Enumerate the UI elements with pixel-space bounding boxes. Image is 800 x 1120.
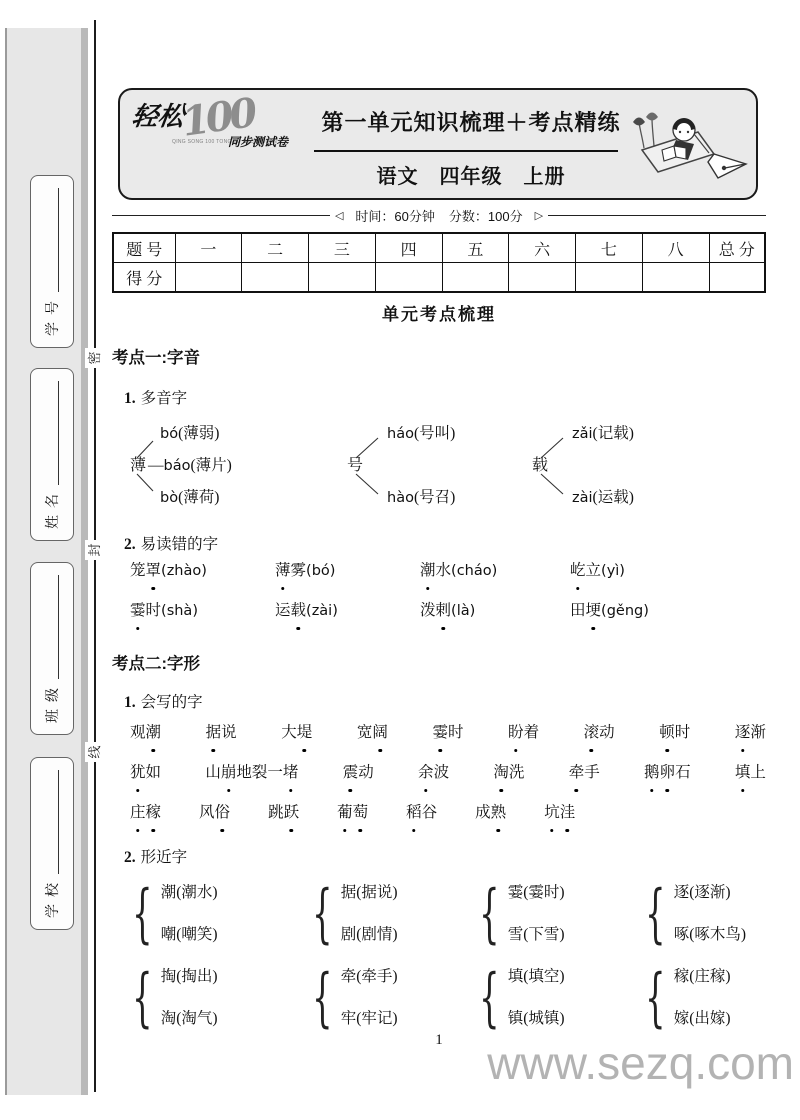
- similar-char-group: {稼(庄稼)嫁(出嫁): [643, 956, 770, 1040]
- school-field: 学校: [30, 757, 74, 930]
- word-item: 葡萄: [337, 800, 368, 840]
- keypoint-1-heading: 考点一:字音: [112, 344, 200, 368]
- score-table-header-cell: 四: [375, 233, 442, 263]
- writable-word-row: 庄稼风俗跳跃葡萄稻谷成熟坑洼: [130, 800, 766, 840]
- similar-char-top: 填(填空): [508, 967, 565, 987]
- similar-char-top: 据(据说): [341, 883, 398, 903]
- pronunciation-row: —báo(薄片): [148, 450, 232, 482]
- score-table-header-cell: 总 分: [709, 233, 765, 263]
- time-score-line: ◁ 时间：60分钟 分数：100分 ▷: [112, 206, 766, 225]
- score-cell-empty: [509, 263, 576, 293]
- branch-lines-icon: [353, 418, 381, 514]
- polyphonic-group-bo: 薄 bó(薄弱) —báo(薄片) bò(薄荷): [130, 418, 232, 514]
- subsection-similar-heading: 2.形近字: [124, 845, 187, 867]
- word-item: 庄稼: [130, 800, 161, 840]
- class-blank-line: [45, 575, 59, 679]
- score-table-header-cell: 五: [442, 233, 509, 263]
- section-title: 单元考点梳理: [112, 300, 766, 325]
- subsection-writable-heading: 1.会写的字: [124, 690, 203, 712]
- score-cell-empty: [242, 263, 309, 293]
- similar-char-bottom: 镇(城镇): [508, 1009, 565, 1029]
- similar-char-group: {逐(逐渐)啄(啄木鸟): [643, 872, 770, 956]
- total-score: 分数：100分: [449, 206, 523, 225]
- writable-words-list: 观潮据说大堤宽阔霎时盼着滚动顿时逐渐犹如山崩地裂一堵震动余波淘洗牵手鹅卵石填上庄…: [130, 720, 766, 840]
- word-item: 观潮: [130, 720, 161, 760]
- left-brace-icon: {: [645, 879, 665, 949]
- similar-char-bottom: 嘲(嘲笑): [161, 925, 218, 945]
- score-row-label: 得 分: [113, 263, 175, 293]
- word-item: 泼剌(là): [420, 598, 570, 638]
- right-triangle-icon: ▷: [535, 209, 543, 222]
- score-table-header-row: 题 号一二三四五六七八总 分: [113, 233, 765, 263]
- similar-characters-grid: {潮(潮水)嘲(嘲笑){据(据说)剧(剧情){霎(霎时)雪(下雪){逐(逐渐)啄…: [130, 872, 770, 1040]
- pronunciation-row: bó(薄弱): [148, 418, 232, 450]
- class-label: 班级: [42, 681, 62, 723]
- similar-char-top: 潮(潮水): [161, 883, 218, 903]
- student-number-blank-line: [45, 188, 59, 292]
- word-item: 盼着: [508, 720, 539, 760]
- score-table-header-cell: 一: [175, 233, 242, 263]
- similar-char-top: 逐(逐渐): [674, 883, 746, 903]
- name-label: 姓名: [42, 487, 62, 529]
- score-table-header-cell: 六: [509, 233, 576, 263]
- branch-lines-icon: [134, 418, 156, 514]
- branch-lines-icon: [538, 418, 566, 514]
- polyphonic-group-hao: 号 háo(号叫) hào(号召): [347, 418, 455, 514]
- left-brace-icon: {: [645, 963, 665, 1033]
- left-brace-icon: {: [312, 963, 332, 1033]
- word-item: 逐渐: [735, 720, 766, 760]
- qingsong100-logo: 轻松100 QING SONG 100 TONG BU CE SHI JUAN …: [132, 98, 307, 150]
- pronunciation-row: bò(薄荷): [148, 482, 232, 514]
- writable-word-row: 观潮据说大堤宽阔霎时盼着滚动顿时逐渐: [130, 720, 766, 760]
- word-item: 霎时(shà): [130, 598, 275, 638]
- school-blank-line: [45, 770, 59, 874]
- pinyin-annotation: (zhào): [161, 563, 207, 579]
- score-table-header-cell: 八: [642, 233, 709, 263]
- subsection-misread-heading: 2.易读错的字: [124, 532, 218, 554]
- score-cell-empty: [709, 263, 765, 293]
- similar-char-top: 掏(掏出): [161, 967, 218, 987]
- pronunciation-row: hào(号召): [371, 482, 455, 514]
- similar-char-bottom: 剧(剧情): [341, 925, 398, 945]
- pinyin-annotation: (gěng): [601, 603, 649, 619]
- similar-char-group: {牵(牵手)牢(牢记): [310, 956, 477, 1040]
- score-table-score-row: 得 分: [113, 263, 765, 293]
- similar-char-bottom: 牢(牢记): [341, 1009, 398, 1029]
- word-item: 跳跃: [268, 800, 299, 840]
- left-brace-icon: {: [479, 879, 499, 949]
- word-item: 余波: [418, 760, 449, 800]
- school-label: 学校: [42, 876, 62, 918]
- word-item: 山崩地裂一堵: [205, 760, 298, 800]
- similar-char-bottom: 淘(淘气): [161, 1009, 218, 1029]
- left-brace-icon: {: [132, 963, 152, 1033]
- similar-char-row: {掏(掏出)淘(淘气){牵(牵手)牢(牢记){填(填空)镇(城镇){稼(庄稼)嫁…: [130, 956, 770, 1040]
- word-item: 牵手: [569, 760, 600, 800]
- left-brace-icon: {: [312, 879, 332, 949]
- misread-word-row: 霎时(shà)运载(zài)泼剌(là)田埂(gěng): [130, 598, 770, 638]
- fold-shadow-strip: [81, 28, 88, 1095]
- rule-left: [112, 215, 330, 216]
- logo-brand-text: 轻松: [130, 103, 186, 129]
- word-item: 据说: [206, 720, 237, 760]
- class-field: 班级: [30, 562, 74, 735]
- pronunciation-row: zǎi(记载): [556, 418, 634, 450]
- similar-char-group: {潮(潮水)嘲(嘲笑): [130, 872, 310, 956]
- word-item: 大堤: [281, 720, 312, 760]
- word-item: 宽阔: [357, 720, 388, 760]
- writable-word-row: 犹如山崩地裂一堵震动余波淘洗牵手鹅卵石填上: [130, 760, 766, 800]
- word-item: 滚动: [584, 720, 615, 760]
- similar-char-group: {掏(掏出)淘(淘气): [130, 956, 310, 1040]
- word-item: 填上: [735, 760, 766, 800]
- score-table-header-cell: 七: [576, 233, 643, 263]
- word-item: 薄雾(bó): [275, 558, 420, 598]
- misread-words-list: 笼罩(zhào)薄雾(bó)潮水(cháo)屹立(yì)霎时(shà)运载(zà…: [130, 558, 770, 638]
- score-cell-empty: [375, 263, 442, 293]
- watermark-text: www.sezq.com: [487, 1036, 794, 1090]
- pinyin-annotation: (bó): [306, 563, 335, 579]
- seal-char-xian: 线: [85, 742, 105, 762]
- word-item: 田埂(gěng): [570, 598, 770, 638]
- pinyin-annotation: (cháo): [451, 563, 497, 579]
- paper-title: 第一单元知识梳理＋考点精练: [304, 106, 638, 137]
- rule-right: [548, 215, 766, 216]
- word-item: 运载(zài): [275, 598, 420, 638]
- paper-subtitle: 语文 四年级 上册: [304, 160, 638, 189]
- word-item: 鹅卵石: [644, 760, 691, 800]
- keypoint-2-heading: 考点二:字形: [112, 650, 200, 674]
- word-item: 屹立(yì): [570, 558, 770, 598]
- word-item: 震动: [343, 760, 374, 800]
- word-item: 顿时: [659, 720, 690, 760]
- subsection-number: 1.: [124, 390, 136, 407]
- score-table-header-cell: 三: [309, 233, 376, 263]
- word-item: 成熟: [475, 800, 506, 840]
- similar-char-bottom: 啄(啄木鸟): [674, 925, 746, 945]
- score-cell-empty: [442, 263, 509, 293]
- polyphonic-group-zai: 载 zǎi(记载) zài(运载): [532, 418, 634, 514]
- word-item: 潮水(cháo): [420, 558, 570, 598]
- score-table-header-cell: 二: [242, 233, 309, 263]
- word-item: 稻谷: [406, 800, 437, 840]
- pronunciation-row: háo(号叫): [371, 418, 455, 450]
- name-blank-line: [45, 381, 59, 485]
- seal-char-mi: 密: [85, 348, 105, 368]
- pronunciation-row: zài(运载): [556, 482, 634, 514]
- student-number-label: 学号: [42, 294, 62, 336]
- pinyin-annotation: (yì): [601, 563, 625, 579]
- pinyin-annotation: (zài): [306, 603, 338, 619]
- score-cell-empty: [642, 263, 709, 293]
- name-field: 姓名: [30, 368, 74, 541]
- similar-char-top: 霎(霎时): [508, 883, 565, 903]
- score-cell-empty: [309, 263, 376, 293]
- word-item: 犹如: [130, 760, 161, 800]
- similar-char-top: 稼(庄稼): [674, 967, 731, 987]
- pinyin-annotation: (là): [451, 603, 475, 619]
- word-item: 坑洼: [544, 800, 575, 840]
- subsection-title: 多音字: [141, 390, 188, 407]
- word-item: 笼罩(zhào): [130, 558, 275, 598]
- title-divider: [314, 150, 618, 152]
- left-triangle-icon: ◁: [335, 209, 343, 222]
- similar-char-bottom: 雪(下雪): [508, 925, 565, 945]
- score-table-header-cell: 题 号: [113, 233, 175, 263]
- pinyin-annotation: (shà): [161, 603, 198, 619]
- similar-char-bottom: 嫁(出嫁): [674, 1009, 731, 1029]
- similar-char-row: {潮(潮水)嘲(嘲笑){据(据说)剧(剧情){霎(霎时)雪(下雪){逐(逐渐)啄…: [130, 872, 770, 956]
- misread-word-row: 笼罩(zhào)薄雾(bó)潮水(cháo)屹立(yì): [130, 558, 770, 598]
- seal-char-feng: 封: [85, 540, 105, 560]
- similar-char-group: {填(填空)镇(城镇): [477, 956, 643, 1040]
- word-item: 淘洗: [493, 760, 524, 800]
- similar-char-top: 牵(牵手): [341, 967, 398, 987]
- time-limit: 时间：60分钟: [355, 206, 434, 225]
- polyphonic-diagram: 薄 bó(薄弱) —báo(薄片) bò(薄荷) 号 háo(号叫) hào(号…: [112, 418, 766, 518]
- paper-header: 轻松100 QING SONG 100 TONG BU CE SHI JUAN …: [118, 88, 758, 200]
- left-brace-icon: {: [132, 879, 152, 949]
- student-number-field: 学号: [30, 175, 74, 348]
- score-cell-empty: [175, 263, 242, 293]
- mascot-child-riding-pen-icon: [624, 104, 752, 192]
- subsection-polyphonic-heading: 1.多音字: [124, 386, 187, 408]
- logo-100-text: 100: [180, 93, 256, 143]
- similar-char-group: {霎(霎时)雪(下雪): [477, 872, 643, 956]
- word-item: 风俗: [199, 800, 230, 840]
- left-brace-icon: {: [479, 963, 499, 1033]
- similar-char-group: {据(据说)剧(剧情): [310, 872, 477, 956]
- score-table: 题 号一二三四五六七八总 分得 分: [112, 232, 766, 293]
- score-cell-empty: [576, 263, 643, 293]
- word-item: 霎时: [432, 720, 463, 760]
